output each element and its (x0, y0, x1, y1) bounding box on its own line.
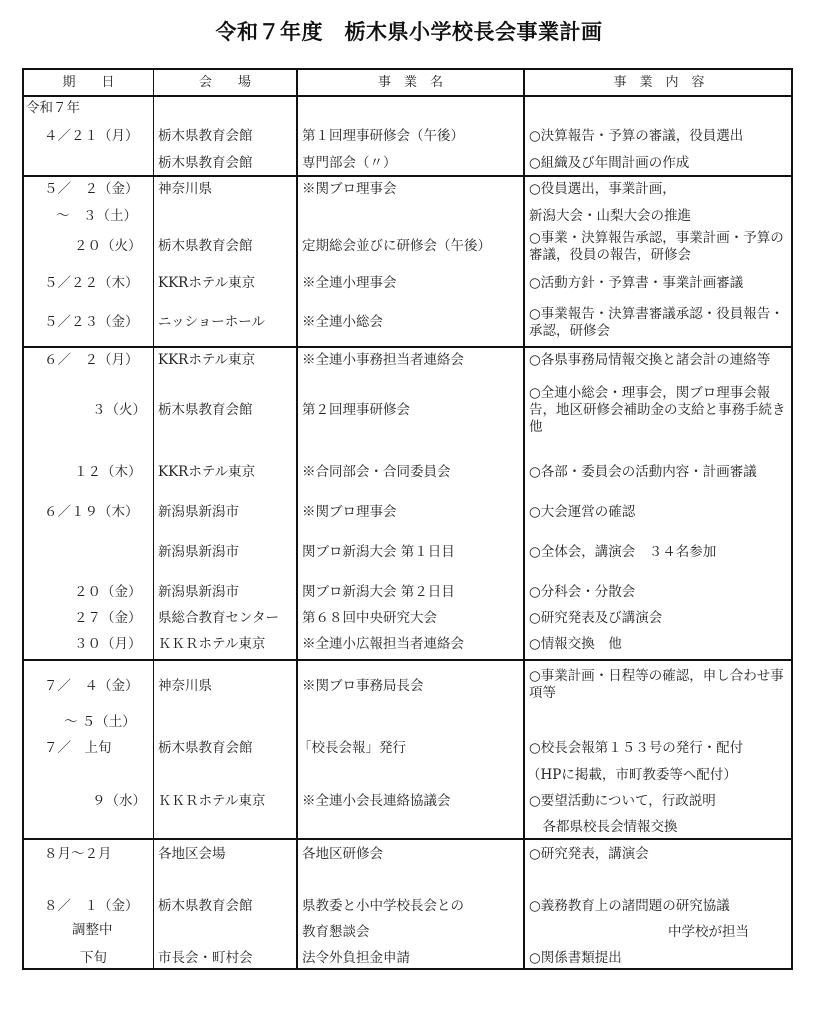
group-divider (24, 175, 791, 177)
venue-cell: 栃木県教育会館 (158, 401, 253, 419)
event-cell: 「校長会報」発行 (298, 739, 406, 757)
group-divider (24, 838, 791, 840)
content-cell: ○全連小総会・理事会，関ブロ理事会報告，地区研修会補助金の支給と事務手続き他 (529, 385, 791, 436)
event-cell: 関ブロ新潟大会 第２日目 (302, 583, 455, 601)
content-cell: ○各部・委員会の活動内容・計画審議 (529, 463, 757, 481)
content-cell: ○研究発表，講演会 (529, 845, 649, 863)
venue-cell: 栃木県教育会館 (158, 897, 253, 915)
schedule-table: 期 日 会 場 事 業 名 事 業 内 容 令和７年 ４／２１（月） 栃木県教育… (22, 68, 793, 970)
venue-cell: 神奈川県 (158, 180, 212, 198)
event-cell: ※関ブロ理事会 (302, 180, 397, 198)
content-cell: ○決算報告・予算の審議，役員選出 (529, 127, 743, 145)
content-cell: 各都県校長会情報交換 (529, 818, 678, 836)
event-cell: ※全連小事務担当者連絡会 (302, 351, 464, 369)
column-divider (296, 70, 298, 968)
date-cell: ６／ ２（月） (44, 351, 139, 369)
content-cell: ○研究発表及び講演会 (529, 609, 662, 627)
content-cell: ○情報交換 他 (529, 635, 622, 653)
event-cell: ※関ブロ事務局長会 (302, 677, 424, 695)
content-cell: （HPに掲載，市町教委等へ配付） (527, 766, 737, 784)
venue-cell: KKRホテル東京 (158, 463, 255, 481)
date-cell: １２（木） (74, 463, 142, 481)
venue-cell: 神奈川県 (158, 677, 212, 695)
content-cell: ○組織及び年間計画の作成 (529, 154, 689, 172)
column-divider (153, 70, 154, 968)
event-cell: 各地区研修会 (302, 845, 383, 863)
content-cell: ○各県事務局情報交換と諸会計の連絡等 (529, 351, 770, 369)
content-cell: ○大会運営の確認 (529, 503, 635, 521)
content-cell: ○事業・決算報告承認，事業計画・予算の審議，役員の報告，研修会 (529, 230, 791, 264)
header-content: 事 業 内 容 (525, 70, 793, 95)
content-cell: ○事業計画・日程等の確認，申し合わせ事項等 (529, 668, 791, 702)
date-cell: ２０（金） (74, 583, 142, 601)
page-title: 令和７年度 栃木県小学校長会事業計画 (0, 16, 818, 46)
event-cell: 法令外負担金申請 (302, 949, 410, 967)
event-cell: 関ブロ新潟大会 第１日目 (302, 543, 455, 561)
event-cell: ※全連小広報担当者連絡会 (302, 635, 464, 653)
date-cell: ５／ ２（金） (44, 180, 139, 198)
year-label: 令和７年 (26, 99, 80, 117)
venue-cell: ニッショーホール (158, 313, 265, 331)
date-cell: ～ ３（土） (56, 207, 137, 225)
event-cell: ※関ブロ理事会 (302, 503, 397, 521)
date-cell: ７／ 上旬 (44, 739, 112, 757)
venue-cell: 栃木県教育会館 (158, 237, 253, 255)
content-cell: ○関係書類提出 (529, 949, 622, 967)
content-cell: ○義務教育上の諸問題の研究協議 (529, 897, 730, 915)
header-divider (24, 95, 791, 97)
venue-cell: 新潟県新潟市 (158, 503, 239, 521)
event-cell: 定期総会並びに研修会（午後） (302, 237, 491, 255)
date-cell: ５／２３（金） (44, 313, 139, 331)
date-cell: 調整中 (72, 921, 113, 939)
event-cell: 専門部会（〃） (302, 154, 397, 172)
group-divider (24, 346, 791, 348)
group-divider (24, 659, 791, 661)
content-cell: ○活動方針・予算書・事業計画審議 (529, 274, 743, 292)
date-cell: ７／ ４（金） (44, 677, 139, 695)
venue-cell: 県総合教育センター (158, 609, 279, 627)
venue-cell: 市長会・町村会 (158, 949, 253, 967)
content-cell: ○分科会・分散会 (529, 583, 635, 601)
event-cell: 第６８回中央研究大会 (302, 609, 437, 627)
event-cell: 教育懇談会 (302, 923, 370, 941)
date-cell: 下旬 (80, 949, 107, 967)
date-cell: ～ ５（土） (64, 713, 136, 731)
event-cell: ※全連小会長連絡協議会 (302, 792, 451, 810)
date-cell: ２７（金） (74, 609, 142, 627)
venue-cell: 新潟県新潟市 (158, 583, 239, 601)
venue-cell: 新潟県新潟市 (158, 543, 239, 561)
header-event: 事 業 名 (298, 70, 523, 95)
venue-cell: ＫＫＲホテル東京 (158, 635, 265, 653)
date-cell: ３０（月） (74, 635, 142, 653)
date-cell: ５／２２（木） (44, 274, 139, 292)
event-cell: ※合同部会・合同委員会 (302, 463, 451, 481)
event-cell: 県教委と小中学校長会との (302, 897, 464, 915)
event-cell: 第１回理事研修会（午後） (302, 127, 464, 145)
event-cell: ※全連小理事会 (302, 274, 397, 292)
header-venue: 会 場 (154, 70, 296, 95)
content-cell: ○事業報告・決算書審議承認・役員報告・承認，研修会 (529, 306, 791, 340)
content-cell: ○役員選出，事業計画， (529, 180, 676, 198)
date-cell: ９（水） (92, 792, 146, 810)
venue-cell: ＫＫＲホテル東京 (158, 792, 265, 810)
date-cell: ４／２１（月） (44, 127, 139, 145)
venue-cell: KKRホテル東京 (158, 274, 255, 292)
date-cell: ２０（火） (74, 237, 142, 255)
event-cell: ※全連小総会 (302, 313, 383, 331)
content-cell: 中学校が担当 (668, 923, 749, 941)
date-cell: ３（火） (92, 401, 146, 419)
content-cell: ○要望活動について，行政説明 (529, 792, 716, 810)
venue-cell: 栃木県教育会館 (158, 739, 253, 757)
venue-cell: KKRホテル東京 (158, 351, 255, 369)
event-cell: 第２回理事研修会 (302, 401, 410, 419)
date-cell: ８月～２月 (44, 845, 112, 863)
venue-cell: 栃木県教育会館 (158, 154, 253, 172)
date-cell: ６／１９（木） (44, 503, 139, 521)
content-cell: 新潟大会・山梨大会の推進 (529, 207, 691, 225)
header-date: 期 日 (24, 70, 153, 95)
content-cell: ○全体会，講演会 ３４名参加 (529, 543, 716, 561)
column-divider (523, 70, 525, 968)
venue-cell: 栃木県教育会館 (158, 127, 253, 145)
content-cell: ○校長会報第１５３号の発行・配付 (529, 739, 743, 757)
date-cell: ８／ １（金） (44, 897, 139, 915)
venue-cell: 各地区会場 (158, 845, 226, 863)
